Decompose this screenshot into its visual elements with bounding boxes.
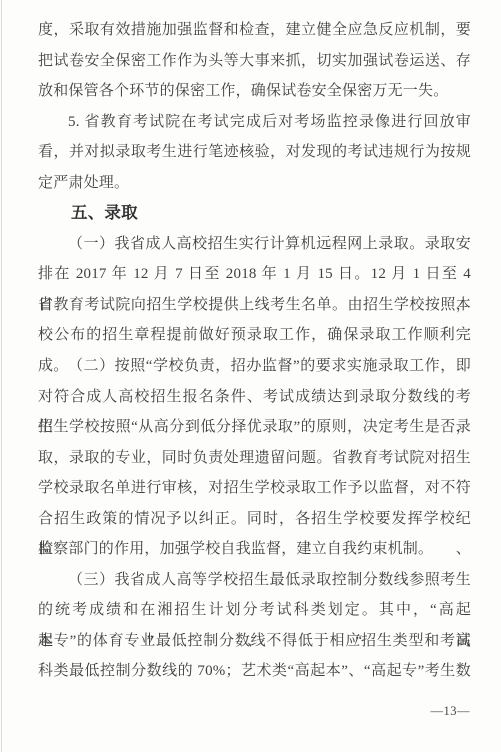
text-line: （三）我省成人高等学校招生最低录取控制分数线参照考生 bbox=[38, 565, 471, 596]
document-lines: 度，采取有效措施加强监督和检查，建立健全应急反应机制，要把试卷安全保密工作作为头… bbox=[38, 15, 471, 687]
section-heading: 五、录取 bbox=[38, 198, 471, 229]
text-line: 度，采取有效措施加强监督和检查，建立健全应急反应机制，要 bbox=[38, 15, 471, 46]
text-line: 校公布的招生章程提前做好预录取工作，确保录取工作顺利完成。 bbox=[38, 320, 471, 351]
text-line: 的统考成绩和在湘招生计划分考试科类划定。其中，“高起本”、“高 bbox=[38, 595, 471, 626]
text-line: 5. 省教育考试院在考试完成后对考场监控录像进行回放审 bbox=[38, 107, 471, 138]
scan-edge-artifact bbox=[1, 0, 2, 752]
text-line: 学校录取名单进行审核，对招生学校录取工作予以监督，对不符 bbox=[38, 473, 471, 504]
text-line: （一）我省成人高校招生实行计算机远程网上录取。录取安 bbox=[38, 229, 471, 260]
text-line: 放和保管各个环节的保密工作，确保试卷安全保密万无一失。 bbox=[38, 76, 471, 107]
text-line: 监察部门的作用，加强学校自我监督，建立自我约束机制。 bbox=[38, 534, 471, 565]
page-number: —13— bbox=[431, 704, 471, 719]
text-line: 对符合成人高校招生报名条件、考试成绩达到录取分数线的考生， bbox=[38, 382, 471, 413]
text-line: 定严肃处理。 bbox=[38, 168, 471, 199]
text-line: 把试卷安全保密工作作为头等大事来抓，切实加强试卷运送、存 bbox=[38, 46, 471, 77]
text-line: （二）按照“学校负责，招办监督”的要求实施录取工作，即 bbox=[38, 351, 471, 382]
text-line: 取，录取的专业，同时负责处理遗留问题。省教育考试院对招生 bbox=[38, 443, 471, 474]
text-line: 看，并对拟录取考生进行笔迹核验，对发现的考试违规行为按规 bbox=[38, 137, 471, 168]
text-line: 合招生政策的情况予以纠正。同时，各招生学校要发挥学校纪检、 bbox=[38, 504, 471, 535]
text-line: 招生学校按照“从高分到低分择优录取”的原则，决定考生是否录 bbox=[38, 412, 471, 443]
text-line: 排在 2017 年 12 月 7 日至 2018 年 1 月 15 日。12 月… bbox=[38, 259, 471, 290]
text-line: 科类最低控制分数线的 70%；艺术类“高起本”、“高起专”考生数 bbox=[38, 656, 471, 687]
document-page: 度，采取有效措施加强监督和检查，建立健全应急反应机制，要把试卷安全保密工作作为头… bbox=[0, 0, 501, 752]
text-line: 省教育考试院向招生学校提供上线考生名单。由招生学校按照本 bbox=[38, 290, 471, 321]
text-line: 起专”的体育专业最低控制分数线不得低于相应招生类型和考试 bbox=[38, 626, 471, 657]
